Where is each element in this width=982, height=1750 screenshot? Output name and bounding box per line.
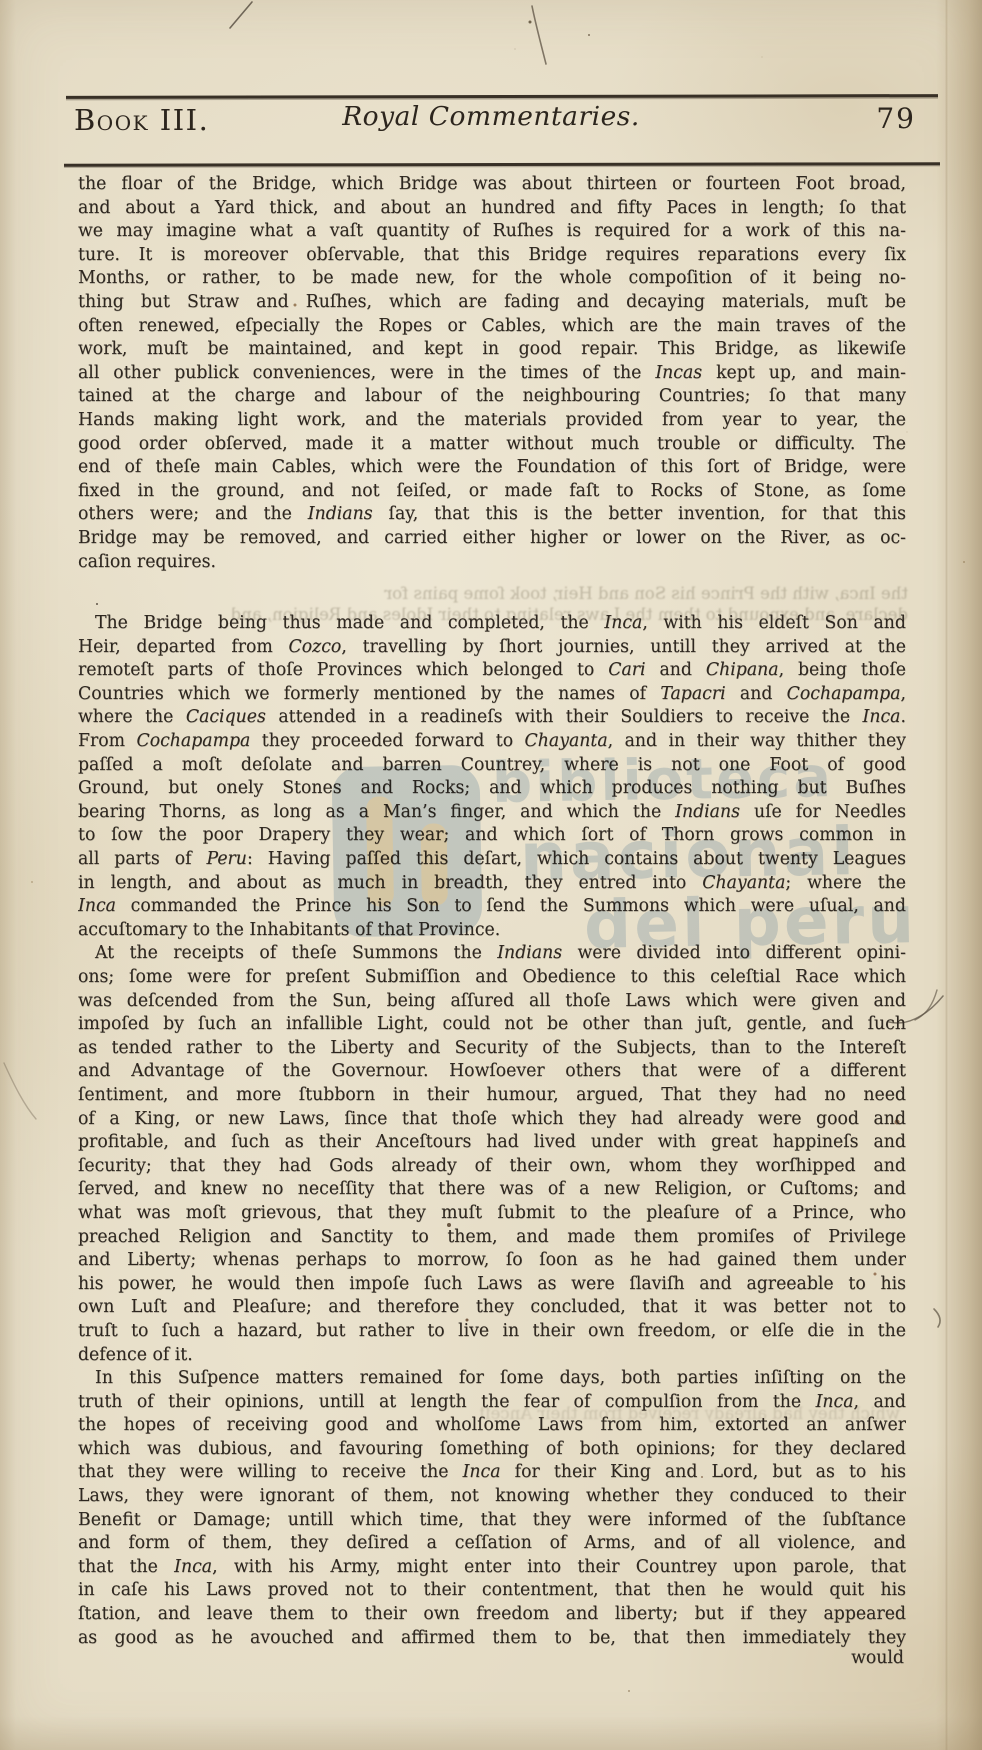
text-line: as good as he avouched and affirmed them… xyxy=(78,1627,906,1651)
text-line: In this Suſpence matters remained for ſo… xyxy=(78,1367,906,1391)
text-line: Laws, they were ignorant of them, not kn… xyxy=(78,1485,906,1509)
page-edge-shading-right xyxy=(936,0,982,1750)
text-line: which was dubious, and favouring ſomethi… xyxy=(78,1438,906,1462)
text-line: Inca commanded the Prince his Son to ſen… xyxy=(78,895,906,919)
text-line: and Liberty; whenas perhaps to morrow, ſ… xyxy=(78,1249,906,1273)
paragraph: In this Suſpence matters remained for ſo… xyxy=(78,1367,906,1650)
text-line: was deſcended from the Sun, being aſſure… xyxy=(78,990,906,1014)
text-line: preached Religion and Sanctity to them, … xyxy=(78,1226,906,1250)
text-line: impoſed by ſuch an infallible Light, cou… xyxy=(78,1013,906,1037)
page-crease xyxy=(945,0,948,1750)
text-line: as tended rather to the Liberty and Secu… xyxy=(78,1037,906,1061)
text-line: thing but Straw and Ruſhes, which are fa… xyxy=(78,291,906,315)
text-line: Bridge may be removed, and carried eithe… xyxy=(78,527,906,551)
text-line: own Luſt and Pleaſure; and therefore the… xyxy=(78,1296,906,1320)
scanned-book-page: the Inca, with the Prince his Son and He… xyxy=(0,0,982,1750)
foxing-specks xyxy=(0,0,4,4)
text-line: fixed in the ground, and not ſeiſed, or … xyxy=(78,480,906,504)
header-rule-top xyxy=(66,94,938,99)
page-edge-shading-bottom xyxy=(0,1716,982,1750)
pen-mark-top-left xyxy=(220,0,270,40)
text-line: Countries which we formerly mentioned by… xyxy=(78,683,906,707)
page-number: 79 xyxy=(876,102,916,135)
text-line: The Bridge being thus made and completed… xyxy=(78,612,906,636)
text-line: ſentiment, and more ſtubborn in their hu… xyxy=(78,1084,906,1108)
text-line: often renewed, eſpecially the Ropes or C… xyxy=(78,315,906,339)
text-line: that the Inca, with his Army, might ente… xyxy=(78,1556,906,1580)
header-rule-bottom xyxy=(64,162,940,166)
text-line: paſſed a moſt deſolate and barren Countr… xyxy=(78,754,906,778)
text-line: and form of them, they deſired a ceſſati… xyxy=(78,1532,906,1556)
text-line: tained at the charge and labour of the n… xyxy=(78,385,906,409)
paragraph: the floar of the Bridge, which Bridge wa… xyxy=(78,173,906,574)
text-line: truth of their opinions, untill at lengt… xyxy=(78,1391,906,1415)
text-line: in length, and about as much in breadth,… xyxy=(78,872,906,896)
pen-mark-top-center xyxy=(520,4,560,72)
text-line: ſecurity; that they had Gods already of … xyxy=(78,1155,906,1179)
text-line: the hopes of receiving good and wholſome… xyxy=(78,1414,906,1438)
text-line: all parts of Peru: Having paſſed this de… xyxy=(78,848,906,872)
text-line: work, muſt be maintained, and kept in go… xyxy=(78,338,906,362)
text-line: all other publick conveniences, were in … xyxy=(78,362,906,386)
text-line: what was moſt grievous, that they muſt ſ… xyxy=(78,1202,906,1226)
text-line: caſion requires. xyxy=(78,551,906,575)
text-line: profitable, and ſuch as their Anceſtours… xyxy=(78,1131,906,1155)
text-line: Ground, but onely Stones and Rocks; and … xyxy=(78,777,906,801)
paragraph: The Bridge being thus made and completed… xyxy=(78,612,906,942)
text-line: and Advantage of the Governour. Howſoeve… xyxy=(78,1060,906,1084)
text-line: and about a Yard thick, and about an hun… xyxy=(78,197,906,221)
text-line: Hands making light work, and the materia… xyxy=(78,409,906,433)
text-line: accuſtomary to the Inhabitants of that P… xyxy=(78,919,906,943)
text-block: the floar of the Bridge, which Bridge wa… xyxy=(78,173,906,1650)
text-line: ſtation, and leave them to their own fre… xyxy=(78,1603,906,1627)
text-line: good order obſerved, made it a matter wi… xyxy=(78,433,906,457)
text-line: others were; and the Indians ſay, that t… xyxy=(78,503,906,527)
text-line: Benefit or Damage; untill which time, th… xyxy=(78,1509,906,1533)
text-line: bearing Thorns, as long as a Man’s finge… xyxy=(78,801,906,825)
text-line: we may imagine what a vaſt quantity of R… xyxy=(78,220,906,244)
text-line: From Cochapampa they proceeded forward t… xyxy=(78,730,906,754)
text-line: in caſe his Laws proved not to their con… xyxy=(78,1579,906,1603)
text-line: Months, or rather, to be made new, for t… xyxy=(78,267,906,291)
text-line: ture. It is moreover obſervable, that th… xyxy=(78,244,906,268)
page-edge-shading-left xyxy=(0,0,16,1750)
text-line: to ſow the poor Drapery they wear; and w… xyxy=(78,824,906,848)
text-line: the floar of the Bridge, which Bridge wa… xyxy=(78,173,906,197)
text-line: of a King, or new Laws, ſince that thoſe… xyxy=(78,1108,906,1132)
text-line: ons; ſome were for preſent Submiſſion an… xyxy=(78,966,906,990)
text-line: At the receipts of theſe Summons the Ind… xyxy=(78,942,906,966)
text-line: end of theſe main Cables, which were the… xyxy=(78,456,906,480)
text-line: ſerved, and knew no neceſſity that there… xyxy=(78,1178,906,1202)
paragraph: At the receipts of theſe Summons the Ind… xyxy=(78,942,906,1367)
running-title: Royal Commentaries. xyxy=(0,101,982,132)
text-line: that they were willing to receive the In… xyxy=(78,1461,906,1485)
text-line: Heir, departed from Cozco, travelling by… xyxy=(78,636,906,660)
text-line: where the Caciques attended in a readine… xyxy=(78,706,906,730)
catchword: would xyxy=(851,1648,904,1668)
text-line: his power, he would then impoſe ſuch Law… xyxy=(78,1273,906,1297)
text-line: truſt to ſuch a hazard, but rather to li… xyxy=(78,1320,906,1344)
text-line: defence of it. xyxy=(78,1344,906,1368)
text-line: remoteſt parts of thoſe Provinces which … xyxy=(78,659,906,683)
